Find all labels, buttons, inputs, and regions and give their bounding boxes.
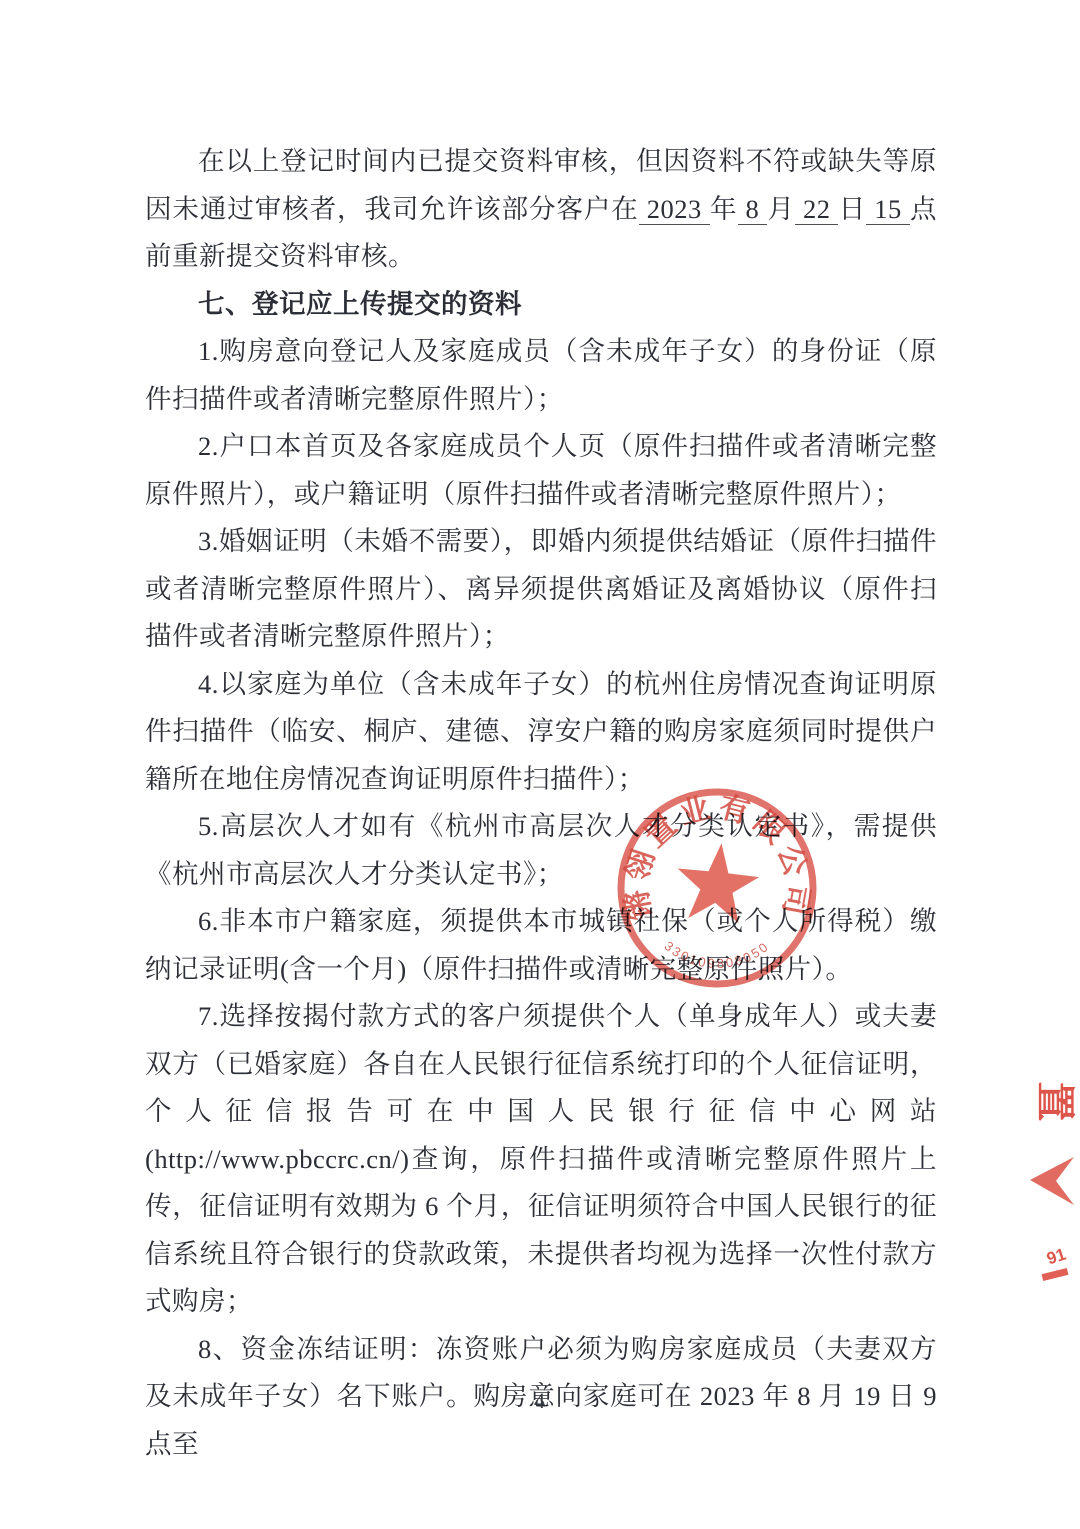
list-item-3: 3.婚姻证明（未婚不需要），即婚内须提供结婚证（原件扫描件或者清晰完整原件照片）… [145,518,937,661]
deadline-month: 8 [738,194,768,225]
company-seal: 锵翎置业有限公司 330109808050 [612,783,822,993]
deadline-hour: 15 [866,194,909,225]
list-item-1: 1.购房意向登记人及家庭成员（含未成年子女）的身份证（原件扫描件或者清晰完整原件… [145,328,937,423]
seal-star-icon [678,843,759,923]
edge-seal-digits: 91 [1044,1245,1068,1270]
edge-seal-bar [1042,1268,1069,1281]
seal-code-digits: 330109808050 [662,938,773,971]
list-item-4: 4.以家庭为单位（含未成年子女）的杭州住房情况查询证明原件扫描件（临安、桐庐、建… [145,661,937,804]
intro-tail: 重新提交资料审核。 [172,241,415,271]
edge-seal-star-tip-icon [1028,1155,1076,1207]
deadline-day-unit: 日 [838,194,866,224]
list-item-7: 7.选择按揭付款方式的客户须提供个人（单身成年人）或夫妻双方（已婚家庭）各自在人… [145,993,937,1326]
deadline-year-unit: 年 [710,194,738,224]
section-heading: 七、登记应上传提交的资料 [145,281,937,329]
list-item-2: 2.户口本首页及各家庭成员个人页（原件扫描件或者清晰完整原件照片），或户籍证明（… [145,423,937,518]
edge-seal-fragment: 置 91 [1010,1055,1080,1295]
deadline-day: 22 [795,194,838,225]
edge-seal-char: 置 [1030,1082,1080,1122]
page-number: 4 [0,1388,1080,1414]
document-page: 在以上登记时间内已提交资料审核，但因资料不符或缺失等原因未通过审核者，我司允许该… [0,0,1080,1529]
deadline-year: 2023 [639,194,710,225]
deadline-month-unit: 月 [767,194,795,224]
intro-paragraph: 在以上登记时间内已提交资料审核，但因资料不符或缺失等原因未通过审核者，我司允许该… [145,138,937,281]
